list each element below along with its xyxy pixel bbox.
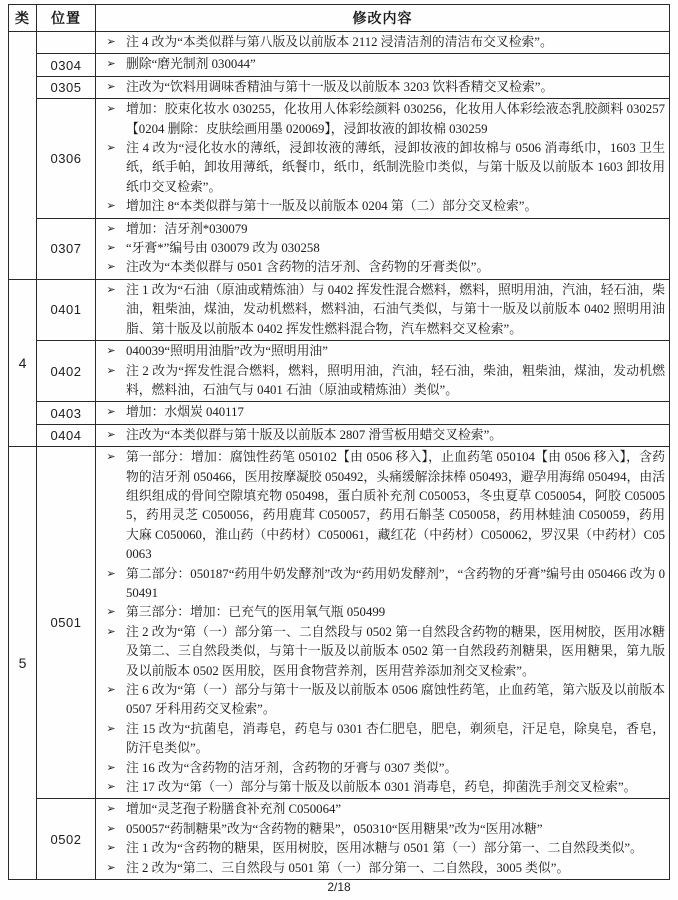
modification-item: ➢注 2 改为“挥发性混合燃料，燃料，照明用油，汽油，轻石油，柴油，粗柴油，煤油… [96,362,665,401]
col-header-class: 类 [9,5,37,32]
bullet-arrow-icon: ➢ [96,800,126,819]
modification-text: 注 4 改为“本类似群与第八版及以前版本 2112 浸清洁剂的清洁布交叉检索”。 [126,33,665,52]
modification-item: ➢第三部分：增加：已充气的医用氧气瓶 050499 [96,603,665,622]
modification-text: 注 2 改为“第（一）部分第一、二自然段与 0502 第一自然段含药物的糖果，医… [126,623,665,681]
position-cell: 0402 [37,341,96,402]
table-row: ➢注 4 改为“本类似群与第八版及以前版本 2112 浸清洁剂的清洁布交叉检索”… [9,32,670,54]
bullet-arrow-icon: ➢ [96,403,126,422]
bullet-arrow-icon: ➢ [96,197,126,216]
bullet-arrow-icon: ➢ [96,426,126,445]
modification-text: 注 4 改为“浸化妆水的薄纸，浸卸妆液的薄纸，浸卸妆液的卸妆棉与 0506 消毒… [126,139,665,197]
modification-item: ➢注 4 改为“浸化妆水的薄纸，浸卸妆液的薄纸，浸卸妆液的卸妆棉与 0506 消… [96,139,665,197]
modification-item: ➢“牙膏*”编号由 030079 改为 030258 [96,239,665,258]
position-cell: 0401 [37,279,96,340]
col-header-content: 修改内容 [96,5,670,32]
bullet-arrow-icon: ➢ [96,603,126,622]
modification-item: ➢增加“灵芝孢子粉膳食补充剂 C050064” [96,800,665,819]
table-header-row: 类 位置 修改内容 [9,5,670,32]
modification-text: 注改为“本类似群与 0501 含药物的洁牙剂、含药物的牙膏类似”。 [126,258,665,277]
modification-text: 增加：洁牙剂*030079 [126,220,665,239]
modification-item: ➢注 6 改为“第（一）部分与第十一版及以前版本 0506 腐蚀性药笔，止血药笔… [96,681,665,720]
modification-text: 注 15 改为“抗菌皂，消毒皂，药皂与 0301 杏仁肥皂，肥皂，剃须皂，汗足皂… [126,720,665,759]
table-row: 40401➢注 1 改为“石油（原油或精炼油）与 0402 挥发性混合燃料，燃料… [9,279,670,340]
content-cell: ➢注改为“饮料用调味香精油与第十一版及以前版本 3203 饮料香精交叉检索”。 [96,76,670,98]
table-row: 0403➢增加：水烟炭 040117 [9,402,670,424]
modification-text: 增加：水烟炭 040117 [126,403,665,422]
modification-text: 注 1 改为“石油（原油或精炼油）与 0402 挥发性混合燃料，燃料，照明用油，… [126,281,665,339]
bullet-arrow-icon: ➢ [96,759,126,778]
modification-text: 第二部分：050187“药用牛奶发酵剂”改为“药用奶发酵剂”，“含药物的牙膏”编… [126,565,665,604]
modification-text: 注 17 改为“第（一）部分与第十版及以前版本 0301 消毒皂，药皂，抑菌洗手… [126,778,665,797]
modification-item: ➢第二部分：050187“药用牛奶发酵剂”改为“药用奶发酵剂”，“含药物的牙膏”… [96,565,665,604]
modification-text: 注 6 改为“第（一）部分与第十一版及以前版本 0506 腐蚀性药笔，止血药笔，… [126,681,665,720]
content-cell: ➢增加：水烟炭 040117 [96,402,670,424]
table-row: 0306➢增加：胶束化妆水 030255，化妆用人体彩绘颜料 030256，化妆… [9,99,670,218]
table-row: 50501➢第一部分：增加：腐蚀性药笔 050102【由 0506 移入】，止血… [9,447,670,799]
bullet-arrow-icon: ➢ [96,100,126,119]
bullet-arrow-icon: ➢ [96,720,126,739]
table-row: 0402➢040039“照明用油脂”改为“照明用油”➢注 2 改为“挥发性混合燃… [9,341,670,402]
modification-text: 注 2 改为“挥发性混合燃料，燃料，照明用油，汽油，轻石油，柴油，粗柴油，煤油，… [126,362,665,401]
table-row: 0404➢注改为“本类似群与第十版及以前版本 2807 滑雪板用蜡交叉检索”。 [9,424,670,446]
modification-table: 类 位置 修改内容 ➢注 4 改为“本类似群与第八版及以前版本 2112 浸清洁… [8,4,670,880]
content-cell: ➢增加：胶束化妆水 030255，化妆用人体彩绘颜料 030256，化妆用人体彩… [96,99,670,218]
modification-item: ➢注改为“本类似群与第十版及以前版本 2807 滑雪板用蜡交叉检索”。 [96,426,665,445]
table-row: 0502➢增加“灵芝孢子粉膳食补充剂 C050064”➢050057“药制糖果”… [9,799,670,880]
position-cell: 0307 [37,218,96,279]
table-row: 0305➢注改为“饮料用调味香精油与第十一版及以前版本 3203 饮料香精交叉检… [9,76,670,98]
bullet-arrow-icon: ➢ [96,258,126,277]
modification-item: ➢增加：洁牙剂*030079 [96,220,665,239]
modification-item: ➢注 1 改为“石油（原油或精炼油）与 0402 挥发性混合燃料，燃料，照明用油… [96,281,665,339]
document-page: 类 位置 修改内容 ➢注 4 改为“本类似群与第八版及以前版本 2112 浸清洁… [0,0,678,900]
bullet-arrow-icon: ➢ [96,342,126,361]
class-cell: 5 [9,447,37,880]
modification-item: ➢注 1 改为“含药物的糖果，医用树胶，医用冰糖与 0501 第（一）部分第一、… [96,839,665,858]
content-cell: ➢注 1 改为“石油（原油或精炼油）与 0402 挥发性混合燃料，燃料，照明用油… [96,279,670,340]
bullet-arrow-icon: ➢ [96,281,126,300]
modification-item: ➢增加：水烟炭 040117 [96,403,665,422]
modification-text: 增加注 8“本类似群与第十一版及以前版本 0204 第（二）部分交叉检索”。 [126,197,665,216]
modification-text: 注 2 改为“第二、三自然段与 0501 第（一）部分第一、二自然段，3005 … [126,859,665,878]
page-number: 2/18 [0,880,678,894]
modification-item: ➢注改为“本类似群与 0501 含药物的洁牙剂、含药物的牙膏类似”。 [96,258,665,277]
modification-text: 删除“磨光制剂 030044” [126,55,665,74]
position-cell: 0304 [37,54,96,76]
bullet-arrow-icon: ➢ [96,859,126,878]
bullet-arrow-icon: ➢ [96,362,126,381]
table-body: ➢注 4 改为“本类似群与第八版及以前版本 2112 浸清洁剂的清洁布交叉检索”… [9,32,670,880]
bullet-arrow-icon: ➢ [96,139,126,158]
bullet-arrow-icon: ➢ [96,78,126,97]
modification-item: ➢第一部分：增加：腐蚀性药笔 050102【由 0506 移入】，止血药笔 05… [96,448,665,564]
modification-text: 第一部分：增加：腐蚀性药笔 050102【由 0506 移入】，止血药笔 050… [126,448,665,564]
modification-text: 注改为“本类似群与第十版及以前版本 2807 滑雪板用蜡交叉检索”。 [126,426,665,445]
modification-item: ➢注 4 改为“本类似群与第八版及以前版本 2112 浸清洁剂的清洁布交叉检索”… [96,33,665,52]
table-row: 0304➢删除“磨光制剂 030044” [9,54,670,76]
position-cell: 0306 [37,99,96,218]
modification-text: 注改为“饮料用调味香精油与第十一版及以前版本 3203 饮料香精交叉检索”。 [126,78,665,97]
bullet-arrow-icon: ➢ [96,839,126,858]
modification-item: ➢040039“照明用油脂”改为“照明用油” [96,342,665,361]
bullet-arrow-icon: ➢ [96,565,126,584]
col-header-position: 位置 [37,5,96,32]
modification-text: 增加“灵芝孢子粉膳食补充剂 C050064” [126,800,665,819]
bullet-arrow-icon: ➢ [96,623,126,642]
modification-item: ➢注 2 改为“第二、三自然段与 0501 第（一）部分第一、二自然段，3005… [96,859,665,878]
bullet-arrow-icon: ➢ [96,220,126,239]
modification-text: 注 1 改为“含药物的糖果，医用树胶，医用冰糖与 0501 第（一）部分第一、二… [126,839,665,858]
modification-item: ➢增加：胶束化妆水 030255，化妆用人体彩绘颜料 030256，化妆用人体彩… [96,100,665,139]
bullet-arrow-icon: ➢ [96,820,126,839]
modification-text: “牙膏*”编号由 030079 改为 030258 [126,239,665,258]
position-cell: 0502 [37,799,96,880]
modification-text: 040039“照明用油脂”改为“照明用油” [126,342,665,361]
modification-item: ➢删除“磨光制剂 030044” [96,55,665,74]
modification-item: ➢增加注 8“本类似群与第十一版及以前版本 0204 第（二）部分交叉检索”。 [96,197,665,216]
position-cell: 0403 [37,402,96,424]
modification-item: ➢注改为“饮料用调味香精油与第十一版及以前版本 3203 饮料香精交叉检索”。 [96,78,665,97]
class-cell: 4 [9,279,37,446]
modification-item: ➢注 15 改为“抗菌皂，消毒皂，药皂与 0301 杏仁肥皂，肥皂，剃须皂，汗足… [96,720,665,759]
modification-text: 050057“药制糖果”改为“含药物的糖果”，050310“医用糖果”改为“医用… [126,820,665,839]
position-cell: 0305 [37,76,96,98]
position-cell [37,32,96,54]
content-cell: ➢删除“磨光制剂 030044” [96,54,670,76]
modification-text: 注 16 改为“含药物的洁牙剂，含药物的牙膏与 0307 类似”。 [126,759,665,778]
bullet-arrow-icon: ➢ [96,681,126,700]
bullet-arrow-icon: ➢ [96,778,126,797]
content-cell: ➢增加：洁牙剂*030079➢“牙膏*”编号由 030079 改为 030258… [96,218,670,279]
position-cell: 0501 [37,447,96,799]
modification-item: ➢注 16 改为“含药物的洁牙剂，含药物的牙膏与 0307 类似”。 [96,759,665,778]
content-cell: ➢040039“照明用油脂”改为“照明用油”➢注 2 改为“挥发性混合燃料，燃料… [96,341,670,402]
content-cell: ➢注 4 改为“本类似群与第八版及以前版本 2112 浸清洁剂的清洁布交叉检索”… [96,32,670,54]
class-cell [9,32,37,280]
modification-item: ➢注 2 改为“第（一）部分第一、二自然段与 0502 第一自然段含药物的糖果，… [96,623,665,681]
modification-text: 增加：胶束化妆水 030255，化妆用人体彩绘颜料 030256，化妆用人体彩绘… [126,100,665,139]
modification-item: ➢注 17 改为“第（一）部分与第十版及以前版本 0301 消毒皂，药皂，抑菌洗… [96,778,665,797]
content-cell: ➢第一部分：增加：腐蚀性药笔 050102【由 0506 移入】，止血药笔 05… [96,447,670,799]
modification-item: ➢050057“药制糖果”改为“含药物的糖果”，050310“医用糖果”改为“医… [96,820,665,839]
bullet-arrow-icon: ➢ [96,55,126,74]
bullet-arrow-icon: ➢ [96,239,126,258]
content-cell: ➢增加“灵芝孢子粉膳食补充剂 C050064”➢050057“药制糖果”改为“含… [96,799,670,880]
position-cell: 0404 [37,424,96,446]
modification-text: 第三部分：增加：已充气的医用氧气瓶 050499 [126,603,665,622]
bullet-arrow-icon: ➢ [96,448,126,467]
table-row: 0307➢增加：洁牙剂*030079➢“牙膏*”编号由 030079 改为 03… [9,218,670,279]
bullet-arrow-icon: ➢ [96,33,126,52]
content-cell: ➢注改为“本类似群与第十版及以前版本 2807 滑雪板用蜡交叉检索”。 [96,424,670,446]
